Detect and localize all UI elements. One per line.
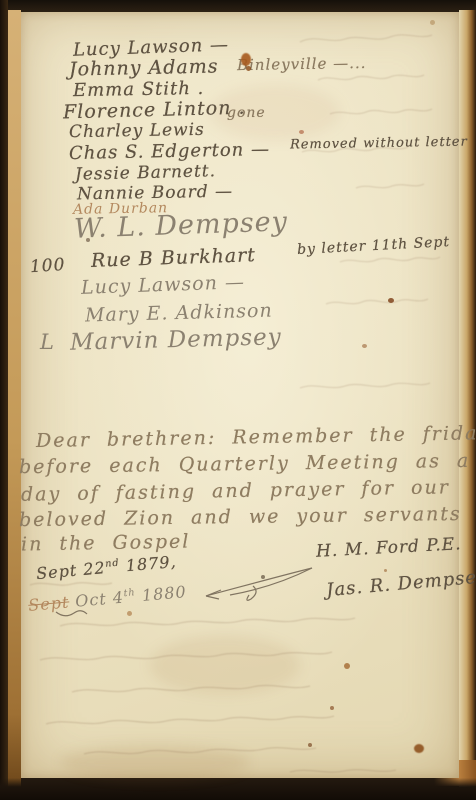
arrow-doodle xyxy=(0,0,476,800)
foxing-spot xyxy=(86,238,90,242)
scanned-ledger-page: Lucy Lawson — Johnny Adams Emma Stith . … xyxy=(0,0,476,800)
foxing-spot xyxy=(308,743,312,747)
foxing-spot xyxy=(246,66,251,71)
foxing-spot xyxy=(127,611,132,616)
foxing-spot xyxy=(261,575,265,579)
foxing-spot xyxy=(384,569,387,572)
foxing-spot xyxy=(362,344,367,348)
foxing-spot xyxy=(299,130,304,134)
foxing-spot xyxy=(388,298,394,303)
foxing-spot xyxy=(414,744,424,753)
foxing-spot xyxy=(344,663,350,669)
foxing-spot xyxy=(241,53,251,66)
foxing-spot xyxy=(330,706,334,710)
foxing-spot xyxy=(430,20,435,25)
